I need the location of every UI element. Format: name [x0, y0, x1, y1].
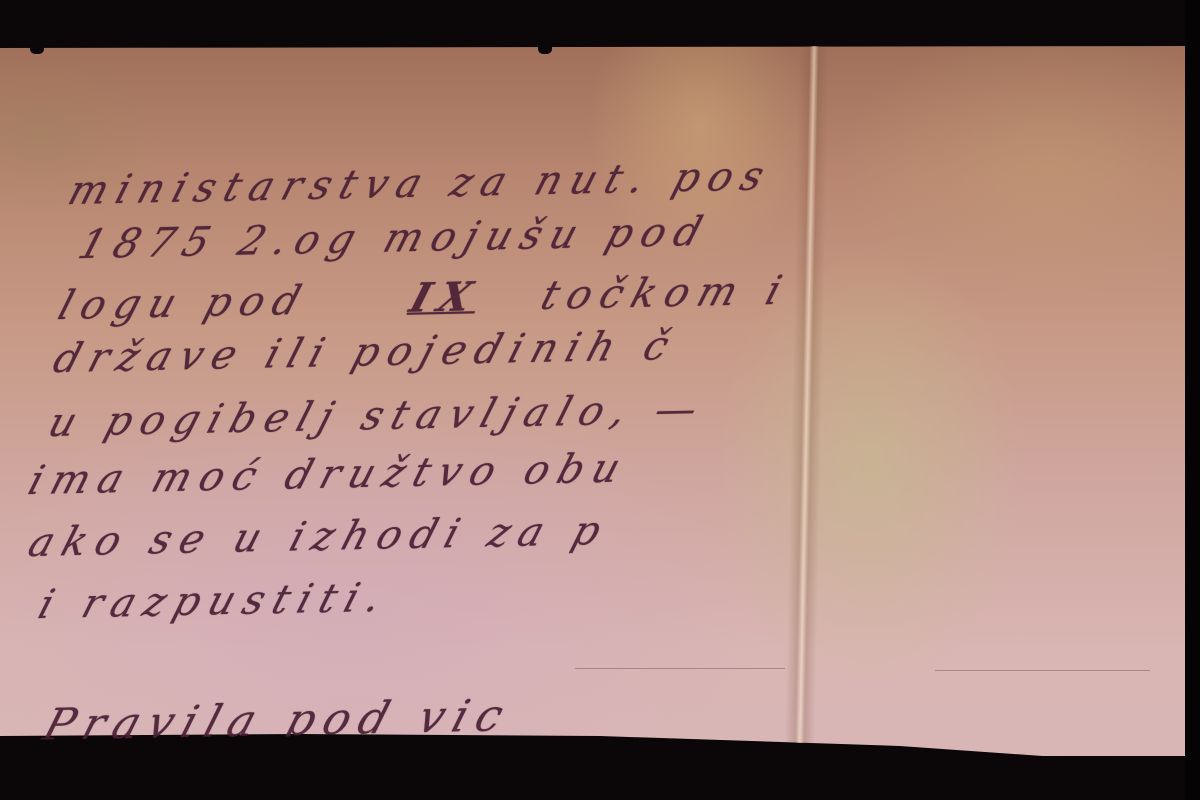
pin-mark	[538, 44, 552, 54]
faint-rule	[935, 670, 1150, 671]
line-3-end: točkom i	[536, 268, 796, 319]
roman-numeral: IX	[404, 273, 486, 322]
line-3-start: logu pod	[53, 278, 315, 330]
document-photo: ministarstva za nut. pos 1875 2.og mojuš…	[0, 0, 1200, 800]
pin-mark	[1073, 36, 1087, 46]
right-edge-shadow	[1185, 0, 1200, 800]
handwritten-line-8: i razpustiti.	[33, 575, 396, 629]
faint-rule	[575, 668, 785, 669]
pin-mark	[30, 44, 44, 54]
